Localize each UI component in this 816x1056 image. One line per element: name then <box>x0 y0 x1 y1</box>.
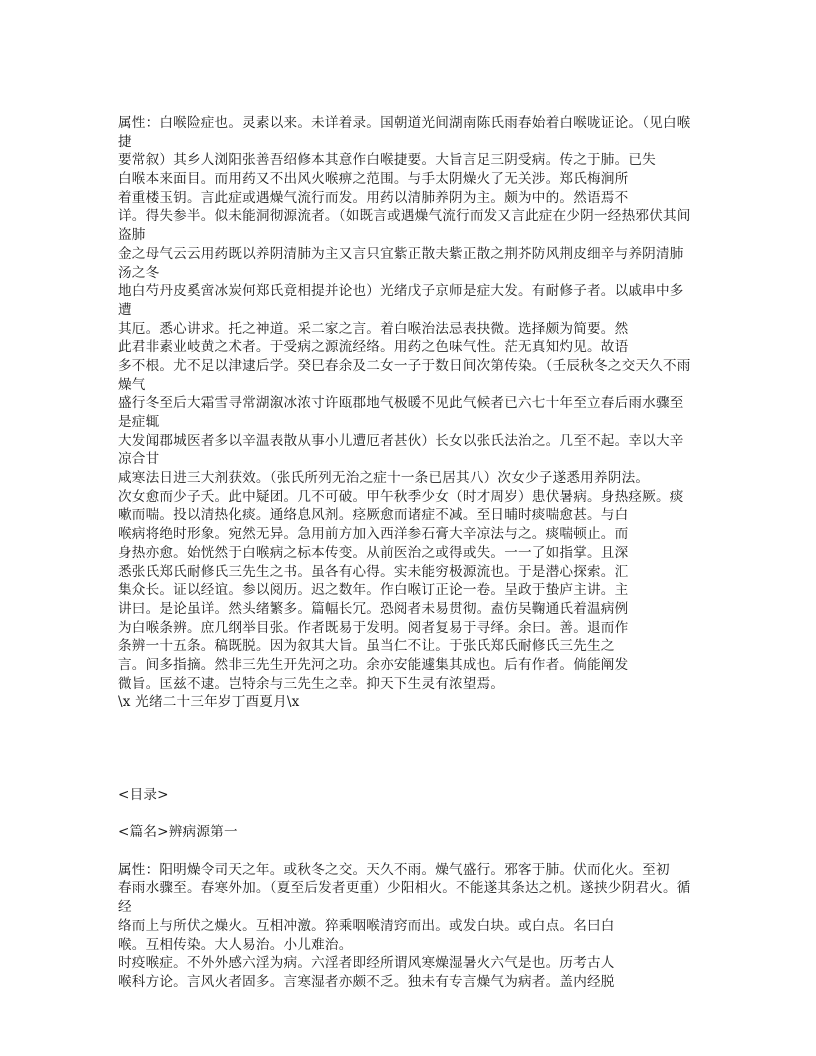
text-line: 此君非素业岐黄之术者。于受病之源流经络。用药之色味气性。茫无真知灼见。故语 <box>118 338 703 357</box>
text-line: 盗肺 <box>118 226 703 245</box>
text-line: 属性：阳明燥令司天之年。或秋冬之交。天久不雨。燥气盛行。邪客于肺。伏而化火。至初 <box>118 861 703 880</box>
text-line: 金之母气云云用药既以养阴清肺为主又言只宜紫正散夫紫正散之荆芥防风荆皮细辛与养阴清… <box>118 245 703 264</box>
text-line: 时疫喉症。不外外感六淫为病。六淫者即经所谓风寒燥湿暑火六气是也。历考古人 <box>118 954 703 973</box>
text-line: 着重楼玉钥。言此症或遇燥气流行而发。用药以清肺养阴为主。颇为中的。然语焉不 <box>118 189 703 208</box>
text-line: 喉。互相传染。大人易治。小儿难治。 <box>118 936 703 955</box>
text-line: 捷 <box>118 133 703 152</box>
text-line: 盛行冬至后大霜雪寻常湖溆冰浓寸许瓯郡地气极暖不见此气候者已六七十年至立春后雨水骤… <box>118 394 703 413</box>
text-line: 为白喉条辨。庶几纲举目张。作者既易于发明。阅者复易于寻绎。余曰。善。退而作 <box>118 619 703 638</box>
text-line: 春雨水骤至。春寒外加。（夏至后发者更重）少阳相火。不能遂其条达之机。遂挟少阴君火… <box>118 879 703 898</box>
chapter-title: <篇名>辨病源第一 <box>118 823 703 842</box>
text-line: 条辨一十五条。稿既脱。因为叙其大旨。虽当仁不让。于张氏郑氏耐修氏三先生之 <box>118 637 703 656</box>
text-line: 大发闻郡城医者多以辛温表散从事小儿遭厄者甚伙）长女以张氏法治之。几至不起。幸以大… <box>118 432 703 451</box>
preface-section: 属性：白喉险症也。灵素以来。未详着录。国朝道光间湖南陈氏雨春始着白喉咙证论。（见… <box>118 114 703 712</box>
text-line: 要常叙）其乡人浏阳张善吾绍修本其意作白喉捷要。大旨言足三阴受病。传之于肺。已失 <box>118 151 703 170</box>
text-line: 络而上与所伏之燥火。互相冲激。猝乘咽喉清窍而出。或发白块。或白点。名曰白 <box>118 917 703 936</box>
signature-line: \x 光绪二十三年岁丁酉夏月\x <box>118 693 703 712</box>
text-line: 经 <box>118 898 703 917</box>
text-line: 是症辄 <box>118 413 703 432</box>
text-line: 汤之冬 <box>118 264 703 283</box>
spacer <box>118 842 703 861</box>
text-line: 多不根。尤不足以津逮后学。癸巳春余及二女一子于数日间次第传染。（壬辰秋冬之交天久… <box>118 357 703 376</box>
text-line: 次女愈而少子夭。此中疑团。几不可破。甲午秋季少女（时才周岁）患伏暑病。身热痉厥。… <box>118 488 703 507</box>
text-line: 喉病将绝时形象。宛然无异。急用前方加入西洋参石膏大辛凉法与之。痰喘顿止。而 <box>118 525 703 544</box>
text-line: 言。间多指摘。然非三先生开先河之功。余亦安能遽集其成也。后有作者。倘能阐发 <box>118 656 703 675</box>
text-line: 燥气 <box>118 376 703 395</box>
chapter-section: 属性：阳明燥令司天之年。或秋冬之交。天久不雨。燥气盛行。邪客于肺。伏而化火。至初… <box>118 861 703 992</box>
toc-marker: <目录> <box>118 786 703 805</box>
text-line: 喉科方论。言风火者固多。言寒湿者亦颇不乏。独未有专言燥气为病者。盖内经脱 <box>118 973 703 992</box>
text-line: 微旨。匡兹不逮。岂特余与三先生之幸。抑天下生灵有浓望焉。 <box>118 675 703 694</box>
text-line: 白喉本来面目。而用药又不出风火喉痹之范围。与手太阴燥火了无关涉。郑氏梅涧所 <box>118 170 703 189</box>
spacer <box>118 712 703 786</box>
text-line: 属性：白喉险症也。灵素以来。未详着录。国朝道光间湖南陈氏雨春始着白喉咙证论。（见… <box>118 114 703 133</box>
text-line: 身热亦愈。始恍然于白喉病之标本传变。从前医治之或得或失。一一了如指掌。且深 <box>118 544 703 563</box>
text-line: 遭 <box>118 301 703 320</box>
text-line: 悉张氏郑氏耐修氏三先生之书。虽各有心得。实未能穷极源流也。于是潜心探索。汇 <box>118 563 703 582</box>
document-page: 属性：白喉险症也。灵素以来。未详着录。国朝道光间湖南陈氏雨春始着白喉咙证论。（见… <box>118 114 703 992</box>
text-line: 地白芍丹皮奚啻冰炭何郑氏竟相提并论也）光绪戊子京师是症大发。有耐修子者。以戚串中… <box>118 282 703 301</box>
spacer <box>118 805 703 824</box>
text-line: 嗽而喘。投以清热化痰。通络息风剂。痉厥愈而诸症不减。至日晡时痰喘愈甚。与白 <box>118 506 703 525</box>
text-line: 详。得失参半。似未能洞彻源流者。（如既言或遇燥气流行而发又言此症在少阴一经热邪伏… <box>118 207 703 226</box>
text-line: 其厄。悉心讲求。托之神道。采二家之言。着白喉治法忌表抉微。选择颇为简要。然 <box>118 320 703 339</box>
text-line: 凉合甘 <box>118 450 703 469</box>
text-line: 集众长。证以经谊。参以阅历。迟之数年。作白喉订正论一卷。呈政于蛰庐主讲。主 <box>118 581 703 600</box>
text-line: 讲曰。是论虽详。然头绪繁多。篇幅长冗。恐阅者未易贯彻。盍仿吴鞠通氏着温病例 <box>118 600 703 619</box>
text-line: 咸寒法日进三大剂获效。（张氏所列无治之症十一条已居其八）次女少子遂悉用养阴法。 <box>118 469 703 488</box>
